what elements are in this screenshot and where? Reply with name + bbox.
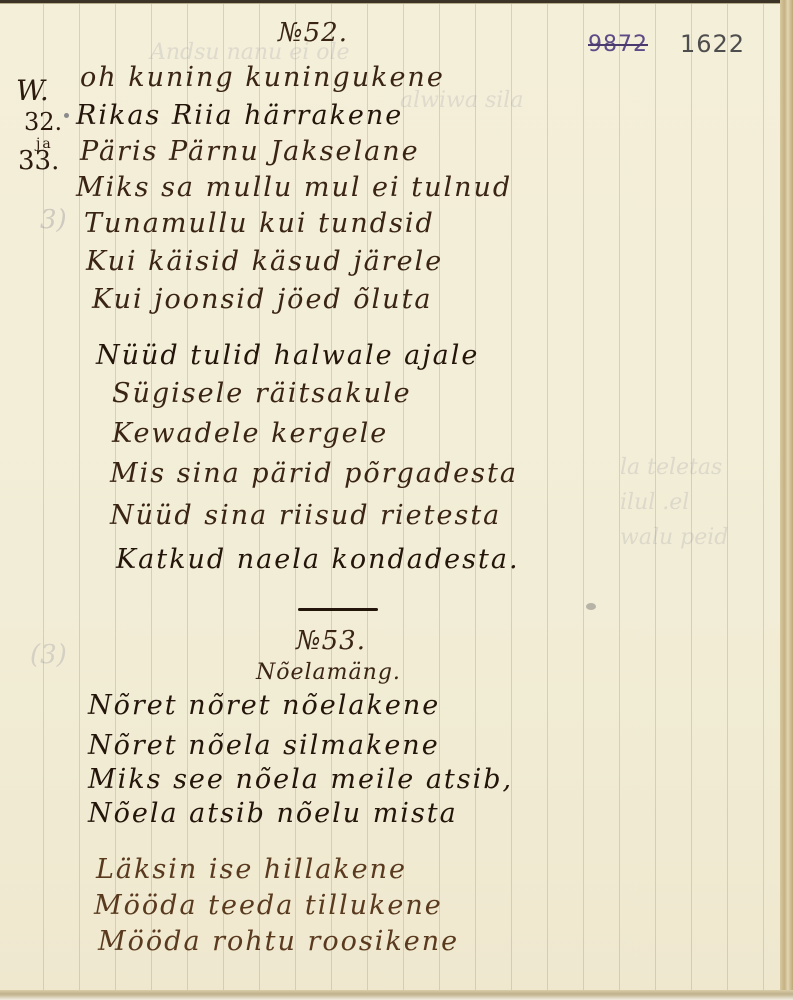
verse-line: Nõret nõret nõelakene [88,690,440,721]
verse-line: Kewadele kergele [112,418,388,449]
section-divider [298,608,378,611]
archive-number: 1622 [680,30,745,58]
ink-dot [64,113,69,118]
verse-line: Nõela atsib nõelu mista [88,798,458,829]
verse-line: Nüüd sina riisud rietesta [110,500,501,531]
bleed-through-text: ilul .el [620,490,689,515]
song-53-title: Nõelamäng. [256,660,401,685]
song-52-number: №52. [278,18,348,48]
margin-bleed-note: 3) [40,205,67,235]
song-53-number: №53. [296,626,366,656]
verse-line: Miks see nõela meile atsib, [88,764,513,795]
margin-bleed-note: (3) [30,640,67,670]
bleed-through-text: walu peid [620,525,728,550]
ink-smudge [586,603,596,610]
margin-note-33: 33. [18,146,59,176]
verse-line: Mööda rohtu roosikene [98,926,459,957]
archive-number-crossed-out: 9872 [588,32,648,57]
verse-line: Mööda teeda tillukene [94,890,443,921]
verse-line: Katkud naela kondadesta. [116,544,520,575]
verse-line: oh kuning kuningukene [80,62,445,93]
verse-line: Sügisele räitsakule [112,378,412,409]
verse-line: Läksin ise hillakene [96,854,407,885]
manuscript-page: Andsu nanu ei ole alwiwa sila la teletas… [0,0,780,996]
verse-line: Rikas Riia härrakene [76,100,403,131]
page-bottom-edge [0,990,793,1000]
notebook-binding-edge [780,0,793,1000]
verse-line: Miks sa mullu mul ei tulnud [76,172,512,203]
margin-note-32: 32. [24,108,62,136]
verse-line: Kui käisid käsud järele [86,246,443,277]
verse-line: Kui joonsid jöed õluta [92,284,433,315]
verse-line: Päris Pärnu Jakselane [80,136,420,167]
verse-line: Nõret nõela silmakene [88,730,440,761]
verse-line: Tunamullu kui tundsid [84,208,435,239]
page-top-edge-shadow [0,3,780,4]
verse-line: Nüüd tulid halwale ajale [96,340,479,371]
margin-note-w: W. [16,74,49,107]
verse-line: Mis sina pärid põrgadesta [110,458,518,489]
bleed-through-text: la teletas [620,455,722,480]
